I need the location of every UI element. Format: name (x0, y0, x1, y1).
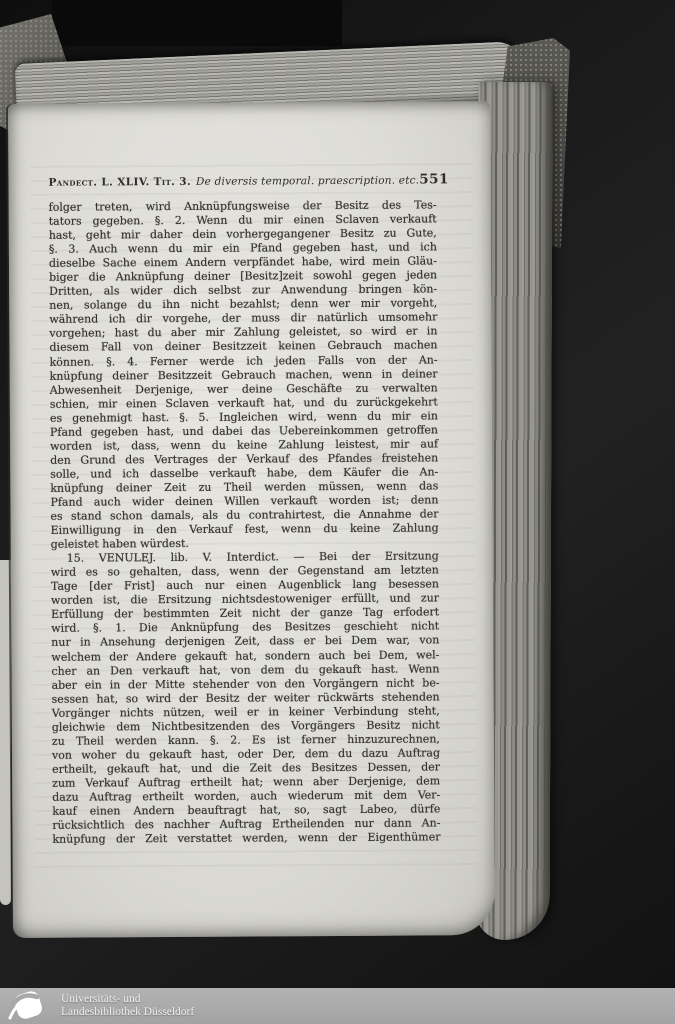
text-line: knüpfung der Zeit verstattet werden, wen… (52, 830, 440, 846)
text-line: Einwilligung in den Verkauf fest, wenn d… (51, 521, 439, 537)
book-page: Pandect. L. XLIV. Tit. 3. De diversis te… (8, 101, 495, 938)
page-number: 551 (419, 171, 449, 187)
paragraph-1: folger treten, wird Anknüpfungsweise der… (49, 198, 439, 552)
library-name: Universitäts- und Landesbibliothek Düsse… (61, 993, 194, 1020)
paragraph-2: 15. VENULEJ. lib. V. Interdict. — Bei de… (51, 550, 441, 847)
library-banner: Universitäts- und Landesbibliothek Düsse… (0, 988, 675, 1024)
ulb-duesseldorf-logo-icon (7, 990, 47, 1022)
page-text-block: Pandect. L. XLIV. Tit. 3. De diversis te… (48, 171, 440, 847)
running-header-citation: Pandect. L. XLIV. Tit. 3. (48, 176, 191, 189)
running-header-title: De diversis temporal. praescription. etc… (196, 174, 419, 187)
running-header: Pandect. L. XLIV. Tit. 3. De diversis te… (48, 171, 436, 189)
book-scan-photo: Pandect. L. XLIV. Tit. 3. De diversis te… (0, 0, 675, 1024)
library-name-line1: Universitäts- und (61, 993, 194, 1007)
book-cover-top-edge (52, 0, 342, 46)
library-name-line2: Landesbibliothek Düsseldorf (61, 1006, 194, 1020)
page-edge-left-sliver (0, 560, 11, 905)
